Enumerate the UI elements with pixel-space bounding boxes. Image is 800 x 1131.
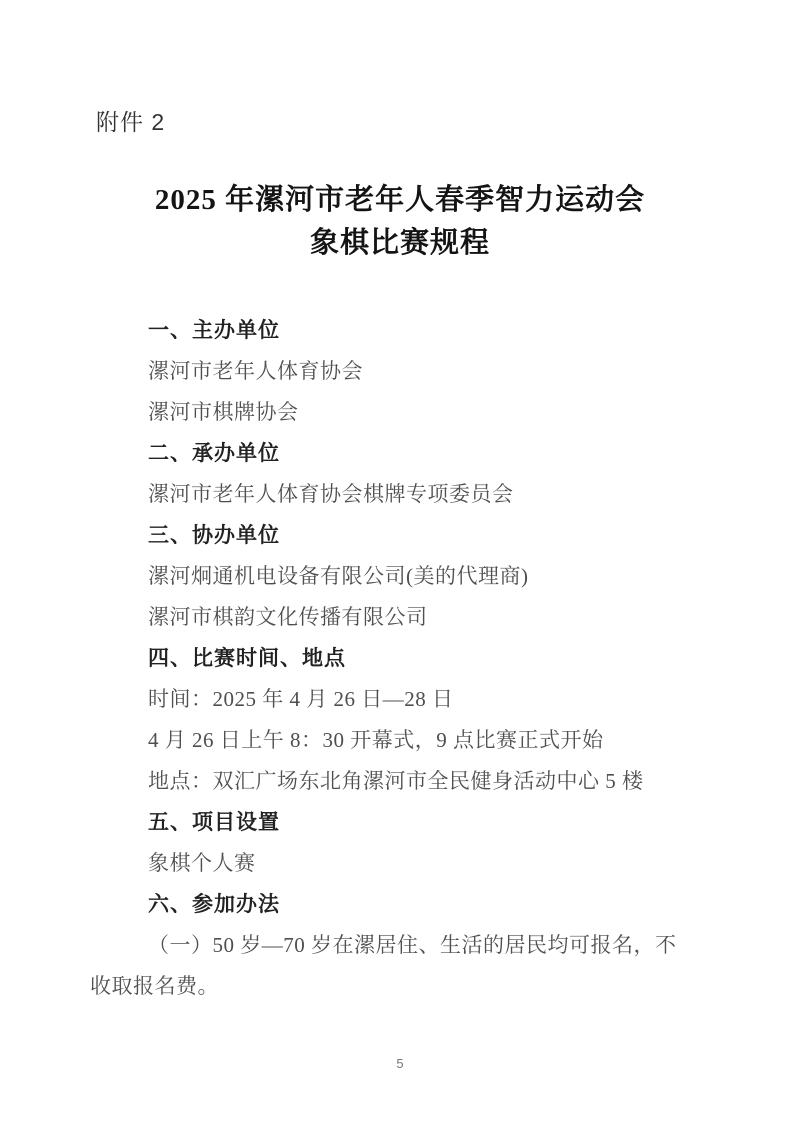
document-title: 2025 年漯河市老年人春季智力运动会 象棋比赛规程 — [0, 179, 800, 265]
paragraph: 4 月 26 日上午 8：30 开幕式，9 点比赛正式开始 — [90, 720, 714, 761]
document-title-line-1: 2025 年漯河市老年人春季智力运动会 — [0, 179, 800, 222]
section-heading-participation: 六、参加办法 — [90, 884, 714, 925]
paragraph: 象棋个人赛 — [90, 843, 714, 884]
page-number: 5 — [0, 1056, 800, 1071]
document-title-line-2: 象棋比赛规程 — [0, 222, 800, 265]
paragraph: 时间：2025 年 4 月 26 日—28 日 — [90, 679, 714, 720]
paragraph: 地点：双汇广场东北角漯河市全民健身活动中心 5 楼 — [90, 761, 714, 802]
paragraph: 漯河市棋韵文化传播有限公司 — [90, 597, 714, 638]
section-heading-undertaker: 二、承办单位 — [90, 433, 714, 474]
document-page: 附件 2 2025 年漯河市老年人春季智力运动会 象棋比赛规程 一、主办单位 漯… — [0, 0, 800, 1131]
paragraph: 漯河市棋牌协会 — [90, 392, 714, 433]
paragraph: （一）50 岁—70 岁在漯居住、生活的居民均可报名，不 — [90, 925, 714, 966]
paragraph: 漯河炯通机电设备有限公司(美的代理商) — [90, 556, 714, 597]
section-heading-events: 五、项目设置 — [90, 802, 714, 843]
paragraph: 漯河市老年人体育协会 — [90, 351, 714, 392]
paragraph: 漯河市老年人体育协会棋牌专项委员会 — [90, 474, 714, 515]
section-heading-co-organizer: 三、协办单位 — [90, 515, 714, 556]
section-heading-organizer: 一、主办单位 — [90, 310, 714, 351]
document-body: 一、主办单位 漯河市老年人体育协会 漯河市棋牌协会 二、承办单位 漯河市老年人体… — [0, 310, 800, 1007]
attachment-label: 附件 2 — [96, 102, 800, 143]
paragraph-continuation: 收取报名费。 — [90, 966, 714, 1007]
section-heading-time-location: 四、比赛时间、地点 — [90, 638, 714, 679]
